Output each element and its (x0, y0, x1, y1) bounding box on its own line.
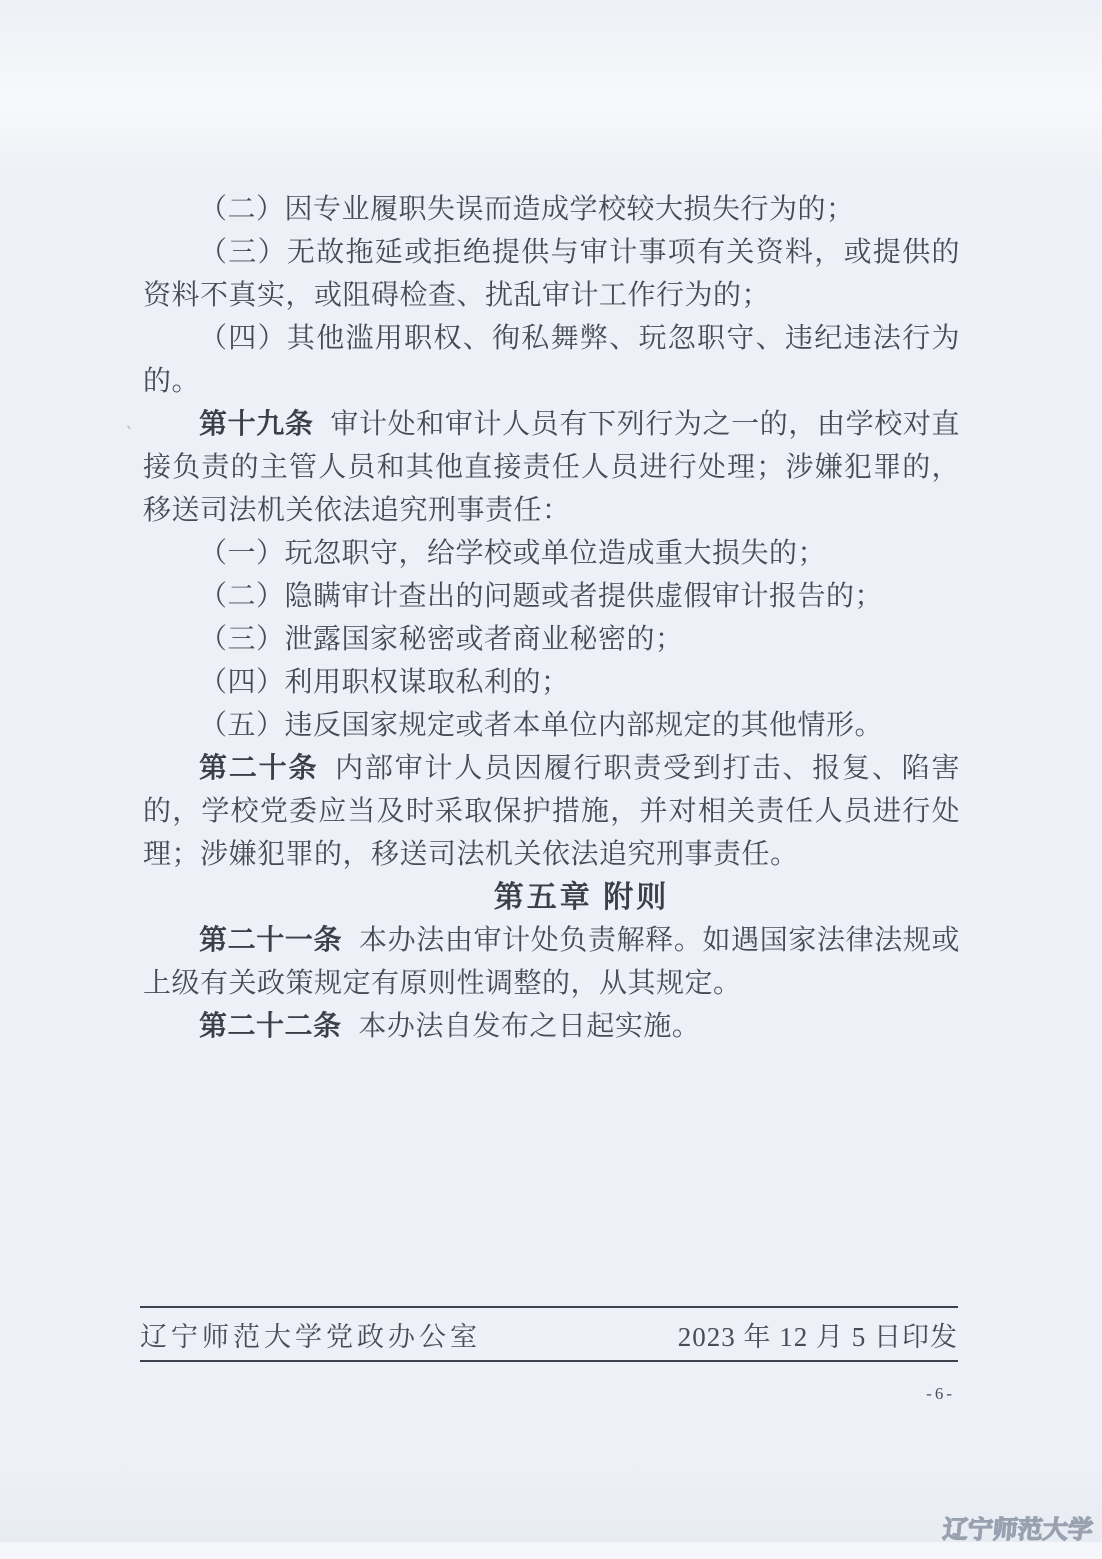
scan-artifact: ` (121, 423, 133, 447)
article-20-paragraph: 第二十条内部审计人员因履行职责受到打击、报复、陷害的，学校党委应当及时采取保护措… (143, 747, 960, 876)
university-watermark: 辽宁师范大学 (941, 1510, 1094, 1546)
article-number: 第二十一条 (199, 925, 342, 956)
list-item: （五）违反国家规定或者本单位内部规定的其他情形。 (143, 704, 960, 747)
list-item: （四）其他滥用职权、徇私舞弊、玩忽职守、违纪违法行为的。 (143, 317, 960, 403)
scan-edge-shade (0, 1542, 1102, 1559)
scanned-document-page: ` （二）因专业履职失误而造成学校较大损失行为的； （三）无故拖延或拒绝提供与审… (0, 0, 1102, 1559)
article-number: 第二十二条 (199, 1011, 342, 1042)
list-item: （三）无故拖延或拒绝提供与审计事项有关资料，或提供的资料不真实，或阻碍检查、扰乱… (143, 231, 960, 317)
list-item: （三）泄露国家秘密或者商业秘密的； (143, 618, 960, 661)
list-item: （四）利用职权谋取私利的； (143, 661, 960, 704)
document-footer: 辽宁师范大学党政办公室 2023 年 12 月 5 日印发 (140, 1306, 958, 1362)
page-number: -6- (926, 1384, 955, 1404)
issuing-office-label: 辽宁师范大学党政办公室 (140, 1315, 481, 1354)
article-19-paragraph: 第十九条审计处和审计人员有下列行为之一的，由学校对直接负责的主管人员和其他直接责… (143, 403, 960, 532)
article-21-paragraph: 第二十一条本办法由审计处负责解释。如遇国家法律法规或上级有关政策规定有原则性调整… (143, 919, 960, 1005)
article-number: 第二十条 (199, 753, 318, 784)
document-body: （二）因专业履职失误而造成学校较大损失行为的； （三）无故拖延或拒绝提供与审计事… (143, 188, 960, 1048)
article-22-paragraph: 第二十二条本办法自发布之日起实施。 (143, 1005, 960, 1048)
print-date: 2023 年 12 月 5 日印发 (678, 1315, 958, 1354)
list-item: （二）隐瞒审计查出的问题或者提供虚假审计报告的； (143, 575, 960, 618)
article-number: 第十九条 (199, 409, 314, 440)
article-text: 本办法自发布之日起实施。 (358, 1011, 700, 1042)
list-item: （一）玩忽职守，给学校或单位造成重大损失的； (143, 532, 960, 575)
chapter-heading: 第五章 附则 (143, 876, 960, 919)
list-item: （二）因专业履职失误而造成学校较大损失行为的； (143, 188, 960, 231)
